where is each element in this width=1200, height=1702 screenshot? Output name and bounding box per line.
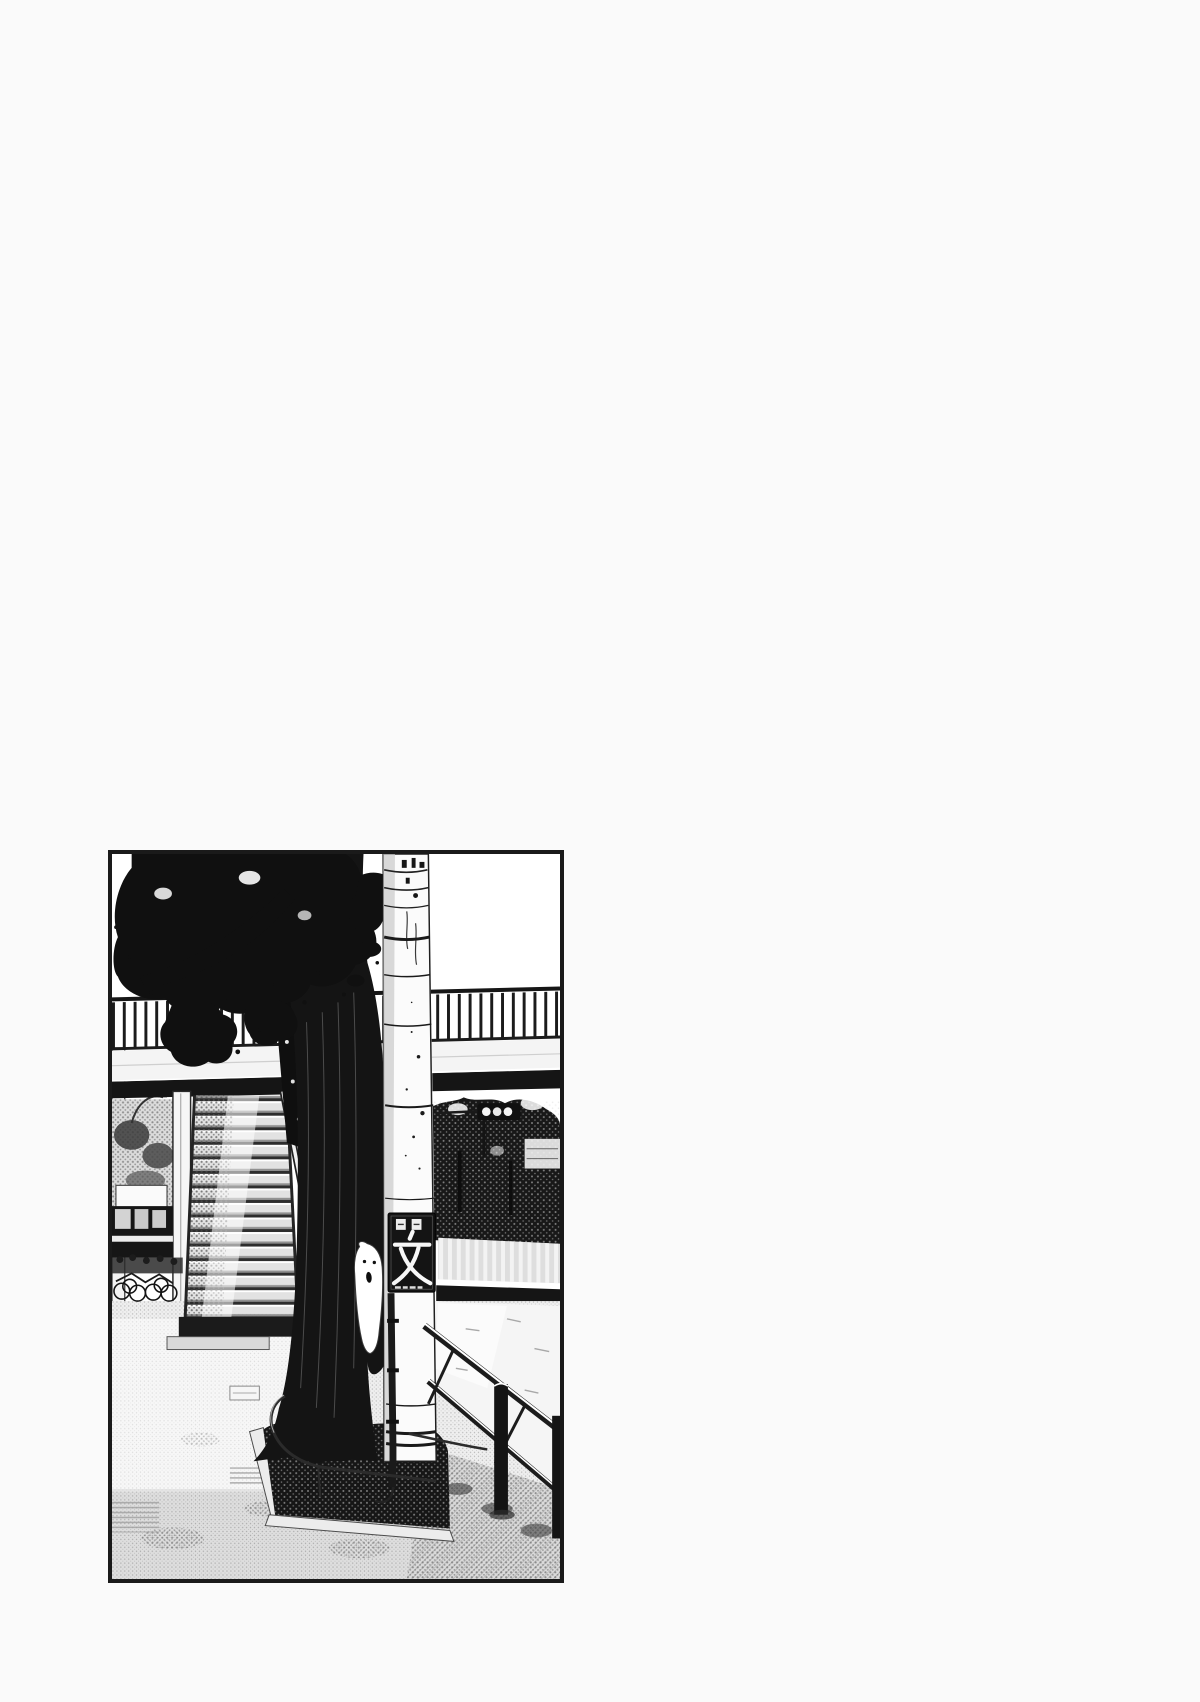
ghost-eye [363, 1260, 366, 1263]
ghost-eye [373, 1261, 376, 1264]
background-left [112, 1092, 175, 1207]
school-zone-sign [388, 1213, 435, 1292]
guardrail-post [494, 1384, 508, 1515]
utility-pole [375, 854, 436, 1502]
street-scene-illustration [112, 854, 560, 1579]
stairs-base-shadow [179, 1317, 304, 1337]
parked-bus [112, 1206, 173, 1257]
stairs-bottom-step [167, 1337, 269, 1350]
manga-panel: 文 [108, 850, 564, 1583]
manga-page: 文 [0, 0, 1200, 1702]
kiosk-roof [116, 1185, 167, 1207]
guardrail-post [552, 1416, 560, 1539]
school-zone-sign-text: 文 [112, 1579, 113, 1580]
background-building [525, 1139, 560, 1169]
tactile-paving [112, 1499, 159, 1533]
